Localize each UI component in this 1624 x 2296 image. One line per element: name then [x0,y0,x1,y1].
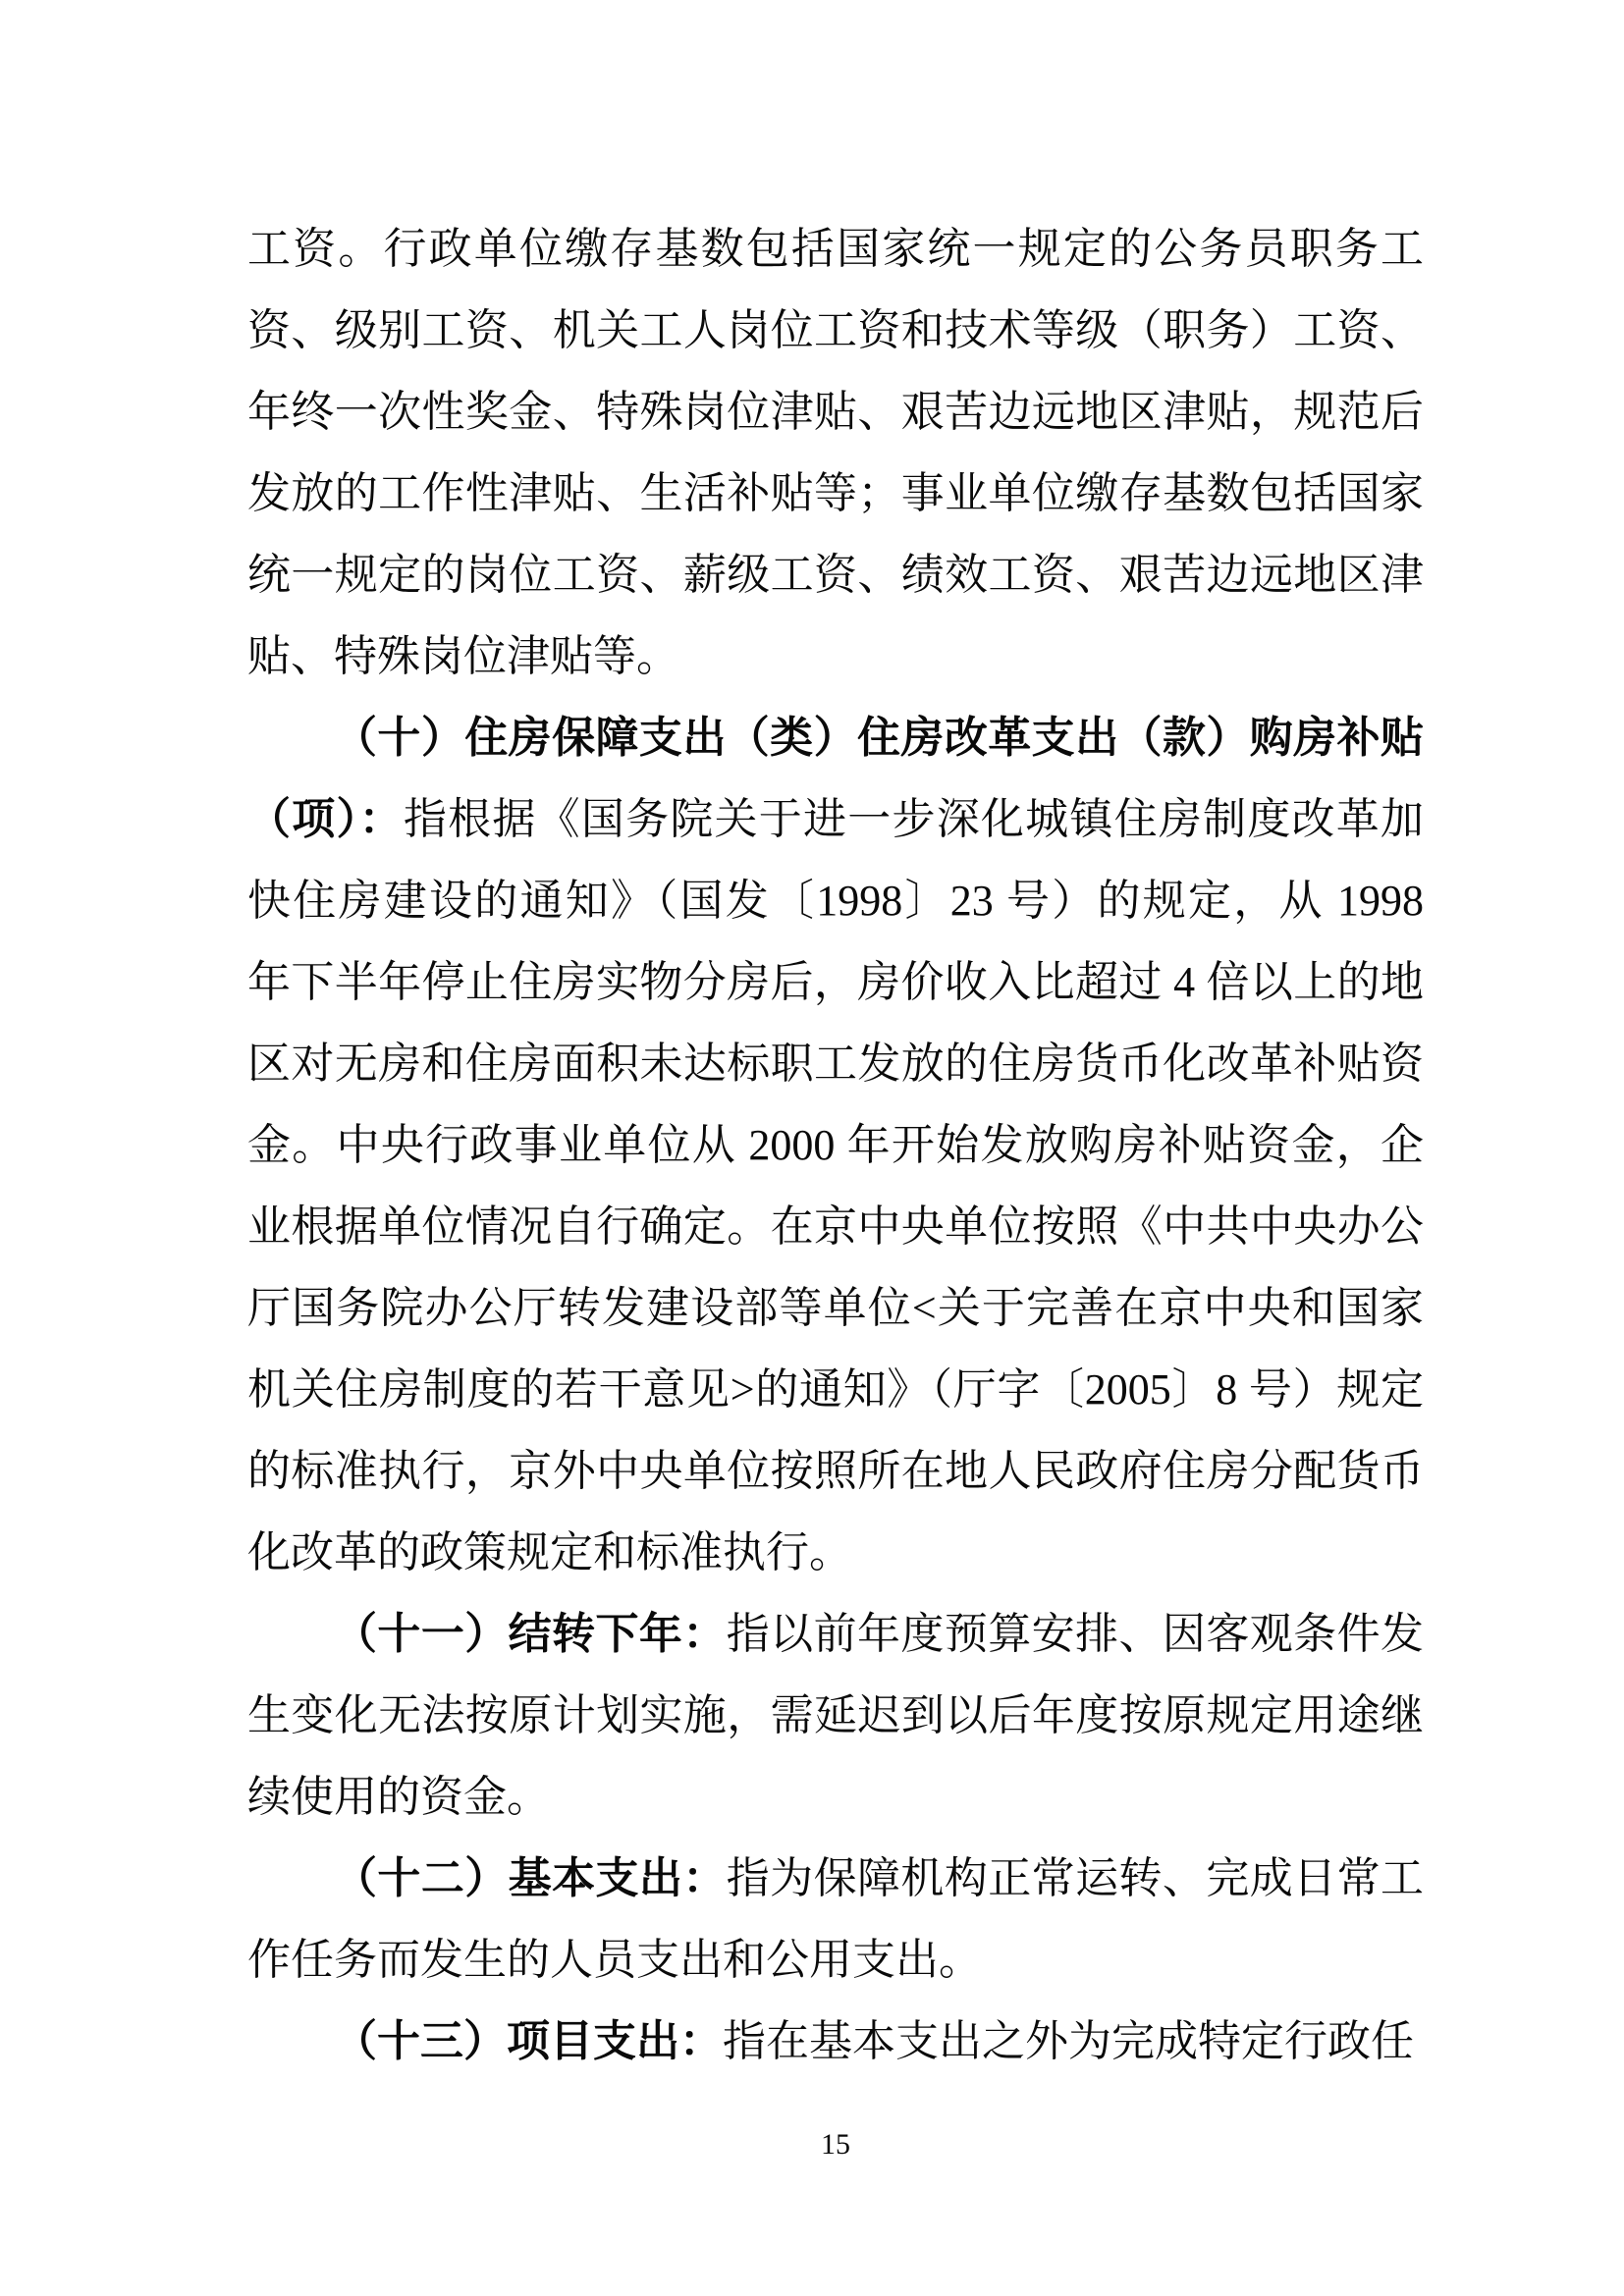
page-number: 15 [247,2128,1424,2162]
paragraph-item-12: （十二）基本支出：指为保障机构正常运转、完成日常工作任务而发生的人员支出和公用支… [247,1838,1424,2001]
item-13-definition: 指在基本支出之外为完成特定行政任 [723,2017,1414,2065]
body-text: 工资。行政单位缴存基数包括国家统一规定的公务员职务工资、级别工资、机关工人岗位工… [247,208,1424,2082]
document-page: 工资。行政单位缴存基数包括国家统一规定的公务员职务工资、级别工资、机关工人岗位工… [0,0,1624,2296]
item-10-definition: 指根据《国务院关于进一步深化城镇住房制度改革加快住房建设的通知》（国发〔1998… [247,795,1424,1576]
paragraph-item-11: （十一）结转下年：指以前年度预算安排、因客观条件发生变化无法按原计划实施，需延迟… [247,1593,1424,1838]
paragraph-continuation: 工资。行政单位缴存基数包括国家统一规定的公务员职务工资、级别工资、机关工人岗位工… [247,208,1424,697]
item-11-term: （十一）结转下年： [334,1610,727,1658]
item-13-term: （十三）项目支出： [334,2017,723,2065]
paragraph-continuation-text: 工资。行政单位缴存基数包括国家统一规定的公务员职务工资、级别工资、机关工人岗位工… [247,225,1424,680]
paragraph-item-10: （十）住房保障支出（类）住房改革支出（款）购房补贴（项）：指根据《国务院关于进一… [247,697,1424,1593]
item-12-term: （十二）基本支出： [334,1854,727,1902]
paragraph-item-13: （十三）项目支出：指在基本支出之外为完成特定行政任 [247,2001,1424,2082]
